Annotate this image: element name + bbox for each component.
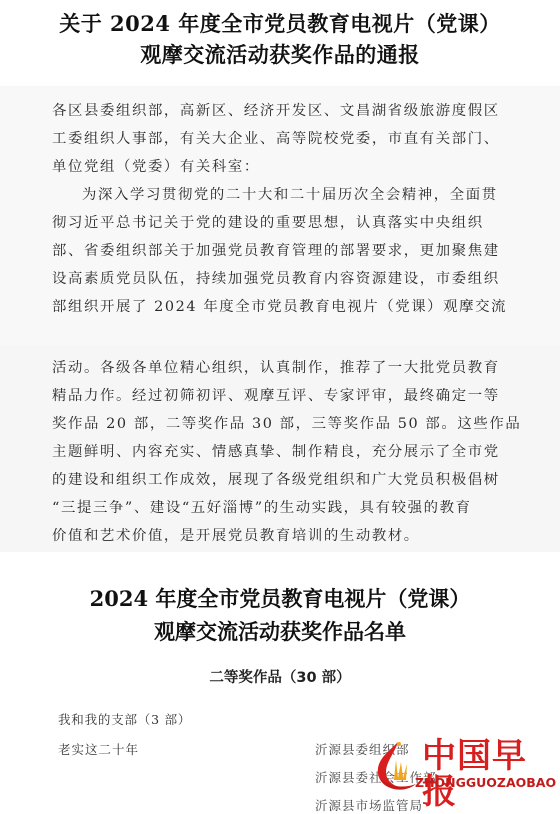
watermark-brand-cn: 中国早报 [422,738,560,810]
body-line: 部组织开展了 2024 年度全市党员教育电视片（党课）观摩交流 [52,293,504,321]
notice-title-line2: 观摩交流活动获奖作品的通报 [0,39,560,70]
entry-title: 老实这二十年 [58,740,139,758]
body-line: “三提三争”、建设“五好淄博”的生动实践，具有较强的教育 [52,494,504,522]
body-line: 活动。各级各单位精心组织，认真制作，推荐了一大批党员教育 [52,354,504,382]
award-list-title-line1: 2024 年度全市党员教育电视片（党课） [0,582,560,615]
watermark: 中国早报 ZHONGGUOZAOBAO [370,738,560,794]
body-line: 的建设和组织工作成效，展现了各级党组织和广大党员积极倡树 [52,466,504,494]
award-list-title: 2024 年度全市党员教育电视片（党课） 观摩交流活动获奖作品名单 [0,582,560,648]
second-prize-heading: 二等奖作品（30 部） [0,666,560,687]
body-line: 价值和艺术价值，是开展党员教育培训的生动教材。 [52,522,504,550]
body-line: 部、省委组织部关于加强党员教育管理的部署要求，更加聚焦建 [52,237,504,265]
category-label: 我和我的支部（3 部） [58,710,191,728]
body-line: 彻习近平总书记关于党的建设的重要思想，认真落实中央组织 [52,209,504,237]
recipients-line: 工委组织人事部，有关大企业、高等院校党委，市直有关部门、 [52,125,504,153]
notice-title-line1: 关于 2024 年度全市党员教育电视片（党课） [0,8,560,39]
entry-org: 沂源县市场监管局 [315,796,423,814]
recipients-line: 各区县委组织部，高新区、经济开发区、文昌湖省级旅游度假区 [52,97,504,125]
notice-title: 关于 2024 年度全市党员教育电视片（党课） 观摩交流活动获奖作品的通报 [0,8,560,70]
watermark-brand-en: ZHONGGUOZAOBAO [415,775,556,790]
award-list-title-line2: 观摩交流活动获奖作品名单 [0,615,560,648]
recipients-line: 单位党组（党委）有关科室： [52,153,504,181]
body-paragraph-2: 活动。各级各单位精心组织，认真制作，推荐了一大批党员教育 精品力作。经过初筛初评… [52,354,504,550]
body-line: 精品力作。经过初筛初评、观摩互评、专家评审，最终确定一等 [52,382,504,410]
body-line: 主题鲜明、内容充实、情感真挚、制作精良，充分展示了全市党 [52,438,504,466]
body-line: 为深入学习贯彻党的二十大和二十届历次全会精神，全面贯 [52,181,504,209]
body-line: 奖作品 20 部，二等奖作品 30 部，三等奖作品 50 部。这些作品 [52,410,504,438]
body-line: 设高素质党员队伍，持续加强党员教育内容资源建设，市委组织 [52,265,504,293]
recipients-block: 各区县委组织部，高新区、经济开发区、文昌湖省级旅游度假区 工委组织人事部，有关大… [52,97,504,321]
